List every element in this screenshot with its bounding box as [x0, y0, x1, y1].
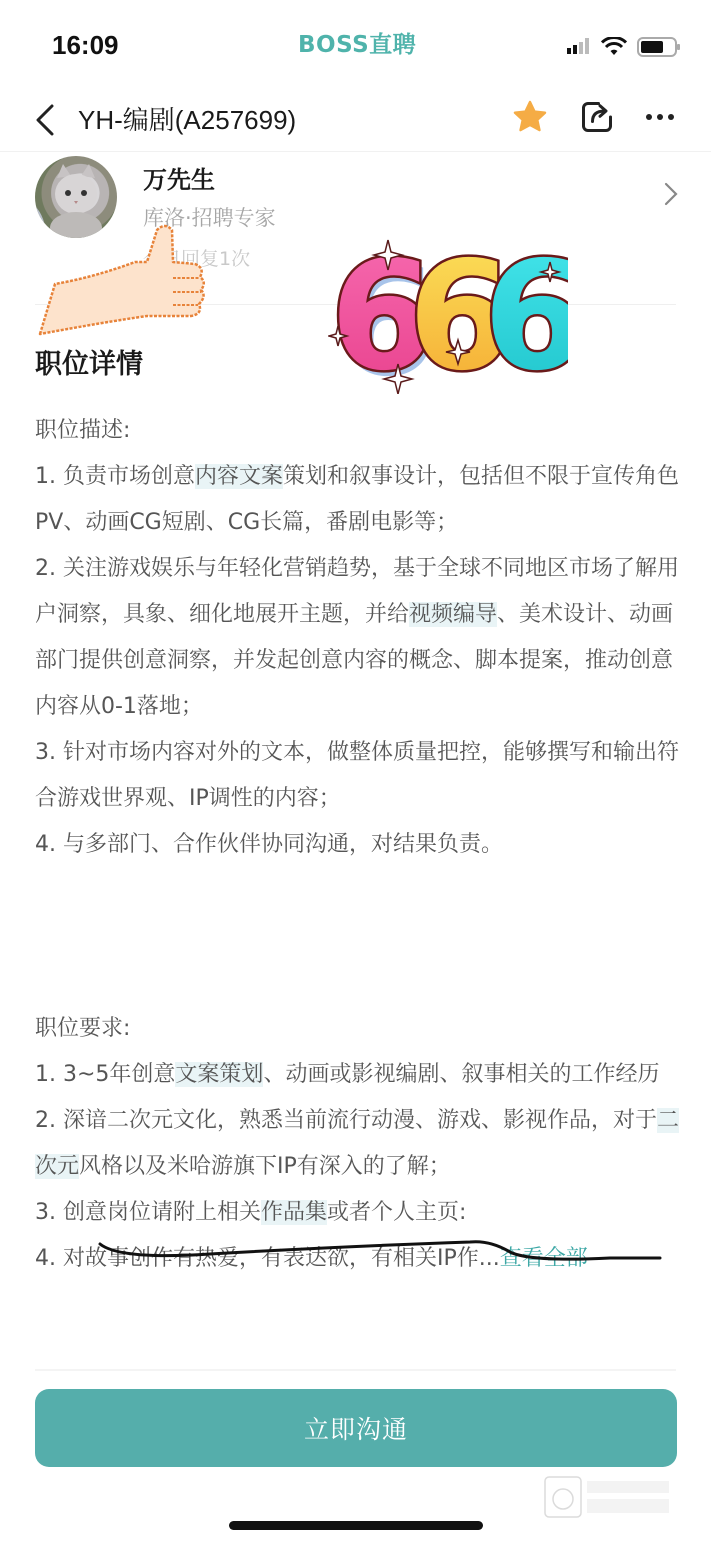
description-item: 3. 针对市场内容对外的文本，做整体质量把控，能够撰写和输出符合游戏世界观、IP… — [35, 730, 680, 822]
nav-bar: YH-编剧(A257699) — [0, 90, 711, 152]
description-heading: 职位描述: — [35, 408, 680, 454]
highlighted-keyword: 文案策划 — [175, 1062, 263, 1087]
battery-icon — [637, 36, 681, 58]
wifi-icon — [601, 37, 627, 57]
highlighted-keyword: 内容文案 — [195, 464, 283, 489]
requirements-heading: 职位要求: — [35, 1006, 680, 1052]
hand-drawn-underline — [90, 1240, 670, 1268]
cellular-signal-icon — [567, 38, 591, 56]
favorite-star-icon[interactable] — [511, 98, 549, 136]
clock: 16:09 — [52, 30, 119, 61]
highlighted-keyword: 作品集 — [261, 1200, 327, 1225]
job-description: 职位描述: 1. 负责市场创意内容文案策划和叙事设计，包括但不限于宣传角色PV、… — [35, 408, 680, 1282]
666-sticker: 6 6 6 6 — [328, 234, 568, 394]
job-title: YH-编剧(A257699) — [78, 100, 296, 137]
system-icons — [567, 36, 681, 58]
home-indicator[interactable] — [229, 1521, 483, 1530]
chat-now-button[interactable]: 立即沟通 — [35, 1389, 677, 1467]
share-icon[interactable] — [579, 99, 615, 135]
requirement-item: 1. 3~5年创意文案策划、动画或影视编剧、叙事相关的工作经历 — [35, 1052, 680, 1098]
description-item: 4. 与多部门、合作伙伴协同沟通，对结果负责。 — [35, 822, 680, 868]
chevron-right-icon[interactable] — [663, 180, 679, 208]
watermark-logo — [543, 1475, 673, 1519]
section-title-job-details: 职位详情 — [35, 342, 143, 381]
svg-text:6: 6 — [483, 234, 568, 394]
recruiter-name: 万先生 — [143, 160, 215, 195]
brand-logo: BOSS直聘 — [298, 26, 416, 59]
thumbs-up-icon — [35, 222, 210, 342]
status-bar: 16:09 BOSS直聘 — [0, 0, 711, 90]
divider — [35, 1369, 676, 1371]
highlighted-keyword: 视频编导 — [409, 602, 497, 627]
more-icon[interactable] — [645, 112, 675, 122]
back-icon[interactable] — [30, 100, 60, 140]
requirement-item: 3. 创意岗位请附上相关作品集或者个人主页: — [35, 1190, 680, 1236]
requirement-item: 2. 深谙二次元文化，熟悉当前流行动漫、游戏、影视作品，对于二次元风格以及米哈游… — [35, 1098, 680, 1190]
description-item: 2. 关注游戏娱乐与年轻化营销趋势，基于全球不同地区市场了解用户洞察，具象、细化… — [35, 546, 680, 730]
description-item: 1. 负责市场创意内容文案策划和叙事设计，包括但不限于宣传角色PV、动画CG短剧… — [35, 454, 680, 546]
